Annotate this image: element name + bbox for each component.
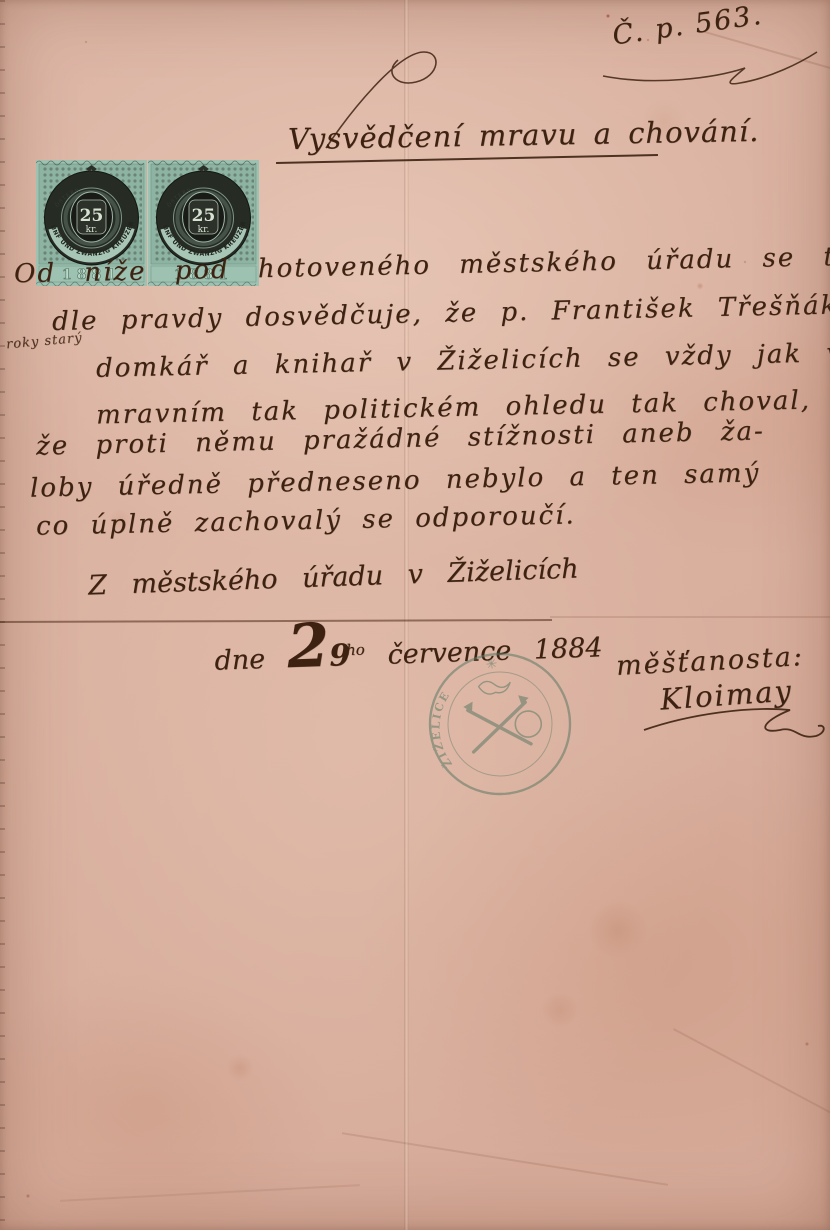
svg-text:ŽIŽELICE: ŽIŽELICE xyxy=(423,687,463,772)
document-scan: Č. p. 563. Vysvědčení mravu a chování. xyxy=(0,0,830,1230)
crease-bottom-1 xyxy=(342,1132,668,1186)
seal-ornament xyxy=(478,678,511,695)
signature: Kloimay xyxy=(659,673,794,716)
body-line-3: domkář a knihař v Žiželicích se vždy jak… xyxy=(96,338,830,384)
body-line-2: dle pravdy dosvědčuje, že p. František T… xyxy=(52,289,830,337)
stamp-value: 25 xyxy=(80,206,104,226)
document-title: Vysvědčení mravu a chování. xyxy=(288,114,760,156)
stamp-unit: kr. xyxy=(198,225,210,235)
official-seal: ✳ ŽIŽELICE xyxy=(414,638,586,810)
stamp-value: 25 xyxy=(192,206,216,226)
crease-bottom-2 xyxy=(60,1184,360,1202)
margin-note: roky starý xyxy=(5,331,83,353)
seal-wreath-circle xyxy=(514,709,543,738)
date-prefix: dne xyxy=(214,644,266,677)
body-line-7: co úplně zachovalý se odporoučí. xyxy=(36,500,576,541)
left-edge-specks xyxy=(0,0,5,1230)
crease-top-right xyxy=(703,31,830,80)
title-underline xyxy=(276,154,658,164)
crease-right-diagonal xyxy=(673,1028,830,1138)
date-day: 29 xyxy=(286,610,351,682)
date-ordinal: ho xyxy=(346,641,365,660)
seal-star-icon: ✳ xyxy=(485,656,499,673)
seal-crossed-tools-icon xyxy=(463,694,535,753)
reference-number: Č. p. 563. xyxy=(611,0,765,51)
stamp-unit: kr. xyxy=(86,225,98,235)
issued-line: Z městského úřadu v Žiželicích xyxy=(88,553,579,601)
body-line-6: loby úředně předneseno nebylo a ten samý xyxy=(30,458,761,503)
seal-arc-text: ŽIŽELICE xyxy=(423,687,463,772)
